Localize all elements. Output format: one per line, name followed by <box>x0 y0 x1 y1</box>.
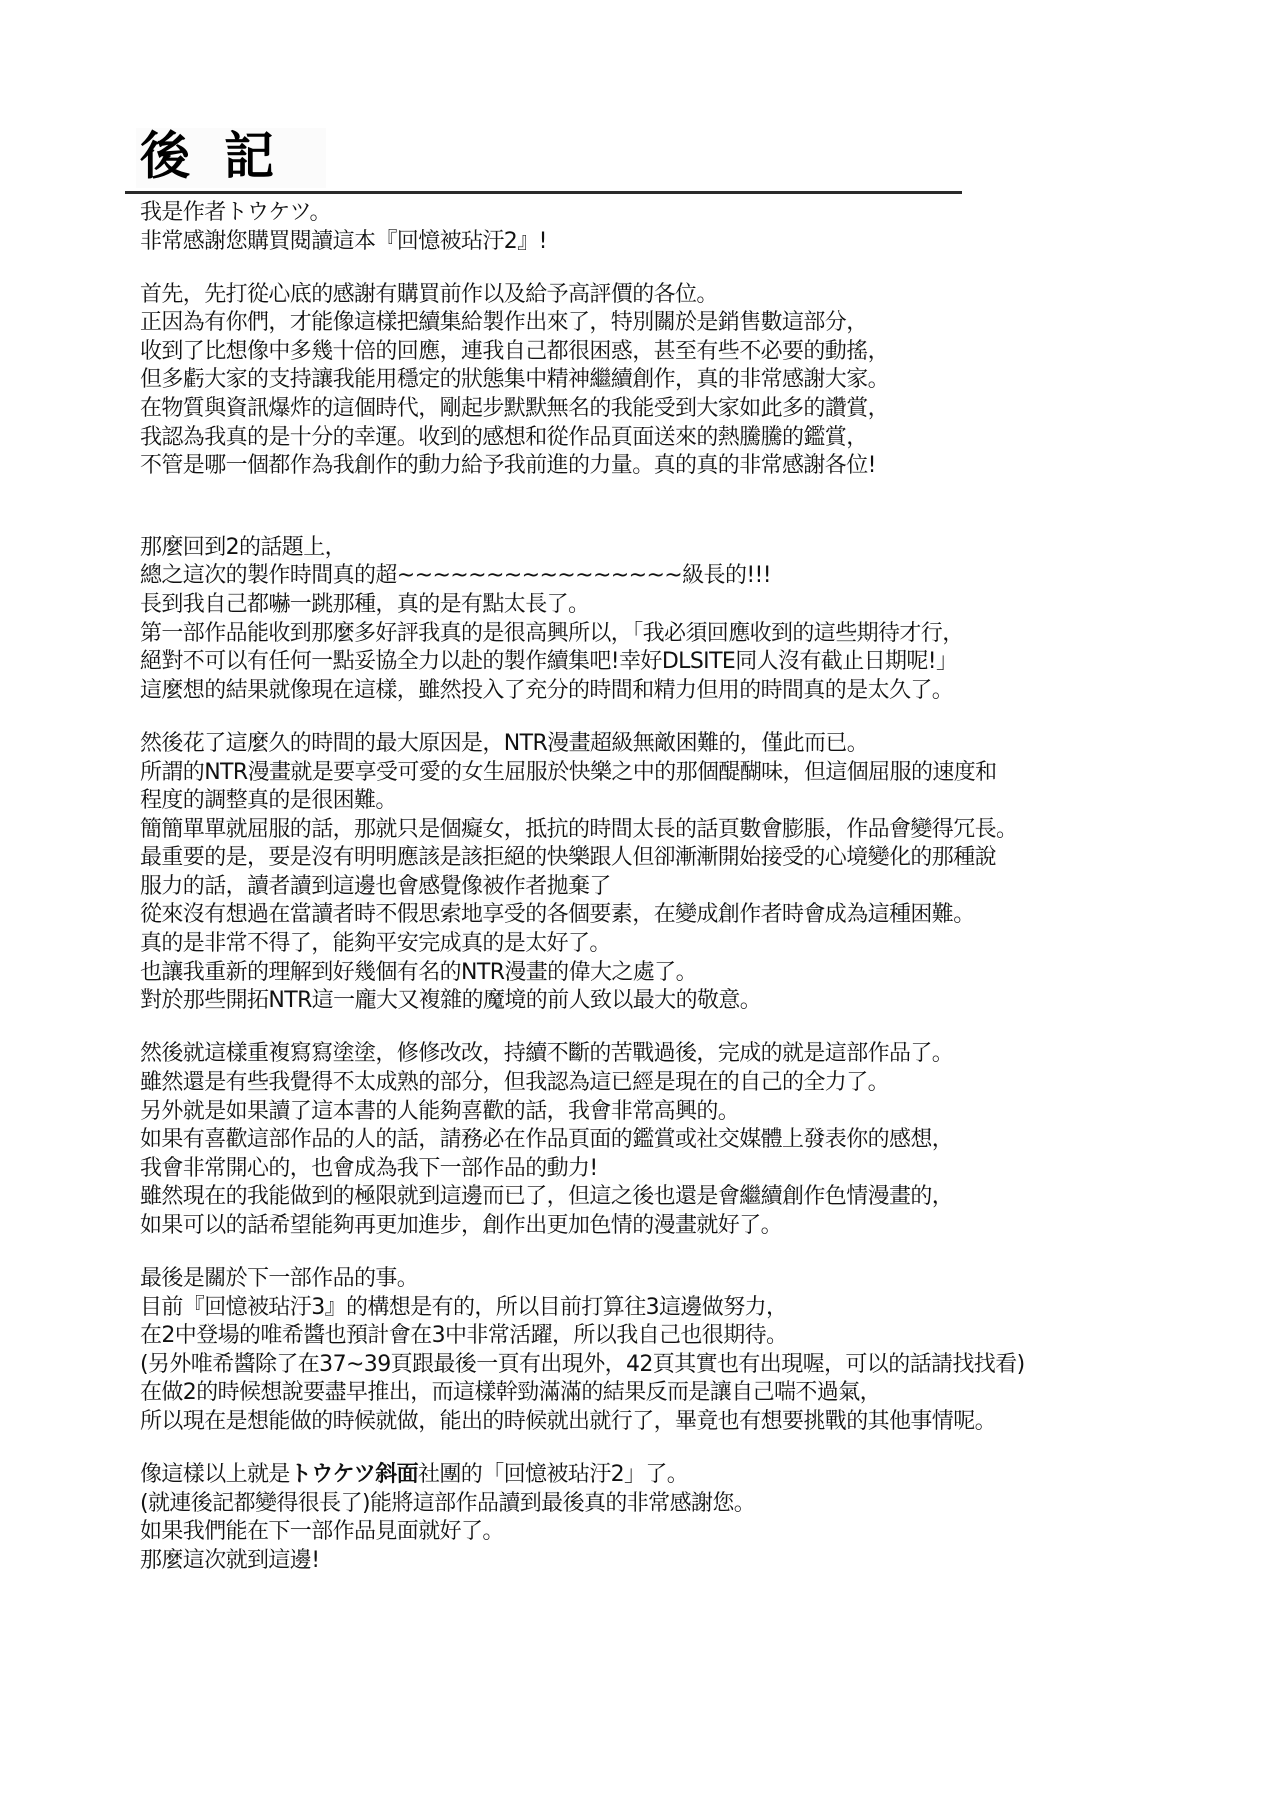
title-divider <box>125 191 962 194</box>
paragraph-next-work: 最後是關於下一部作品的事。 目前『回憶被玷汙3』的構想是有的，所以目前打算往3這… <box>140 1265 1180 1437</box>
text-line: 所謂的NTR漫畫就是要享受可愛的女生屈服於快樂之中的那個醍醐味，但這個屈服的速度… <box>140 759 1180 788</box>
text-line: 然後就這樣重複寫寫塗塗，修修改改，持續不斷的苦戰過後，完成的就是這部作品了。 <box>140 1040 1180 1069</box>
text-line: (另外唯希醬除了在37~39頁跟最後一頁有出現外，42頁其實也有出現喔，可以的話… <box>140 1351 1180 1380</box>
text-fragment: 像這樣以上就是 <box>140 1462 290 1487</box>
circle-name: トウケツ斜面 <box>290 1462 418 1487</box>
afterword-page: 後 記 我是作者トウケツ。 非常感謝您購買閱讀這本『回憶被玷汙2』! 首先，先打… <box>0 0 1280 1806</box>
text-line: 我會非常開心的，也會成為我下一部作品的動力! <box>140 1155 1180 1184</box>
text-line: 如果我們能在下一部作品見面就好了。 <box>140 1518 1180 1547</box>
text-line: 最後是關於下一部作品的事。 <box>140 1265 1180 1294</box>
text-line: 程度的調整真的是很困難。 <box>140 787 1180 816</box>
text-line: 所以現在是想能做的時候就做，能出的時候就出就行了，畢竟也有想要挑戰的其他事情呢。 <box>140 1408 1180 1437</box>
title-char-2: 記 <box>224 127 274 184</box>
text-line: 首先，先打從心底的感謝有購買前作以及給予高評價的各位。 <box>140 281 1180 310</box>
paragraph-closing: 像這樣以上就是トウケツ斜面社團的「回憶被玷汙2」了。 (就連後記都變得很長了)能… <box>140 1461 1180 1575</box>
text-line: 在2中登場的唯希醬也預計會在3中非常活躍，所以我自己也很期待。 <box>140 1322 1180 1351</box>
paragraph-completion: 然後就這樣重複寫寫塗塗，修修改改，持續不斷的苦戰過後，完成的就是這部作品了。 雖… <box>140 1040 1180 1240</box>
text-line: 正因為有你們，才能像這樣把續集給製作出來了，特別關於是銷售數這部分， <box>140 309 1180 338</box>
title-char-1: 後 <box>140 127 190 184</box>
text-line: 簡簡單單就屈服的話，那就只是個癡女，抵抗的時間太長的話頁數會膨脹，作品會變得冗長… <box>140 816 1180 845</box>
text-line: 那麼這次就到這邊! <box>140 1547 1180 1576</box>
text-line: 目前『回憶被玷汙3』的構想是有的，所以目前打算往3這邊做努力， <box>140 1294 1180 1323</box>
text-line: 第一部作品能收到那麼多好評我真的是很高興所以，「我必須回應收到的這些期待才行， <box>140 620 1180 649</box>
text-line: 從來沒有想過在當讀者時不假思索地享受的各個要素，在變成創作者時會成為這種困難。 <box>140 901 1180 930</box>
text-line: 不管是哪一個都作為我創作的動力給予我前進的力量。真的真的非常感謝各位! <box>140 452 1180 481</box>
text-line: 但多虧大家的支持讓我能用穩定的狀態集中精神繼續創作，真的非常感謝大家。 <box>140 366 1180 395</box>
paragraph-production-time: 那麼回到2的話題上， 總之這次的製作時間真的超~~~~~~~~~~~~~~~~級… <box>140 534 1180 706</box>
text-line: 絕對不可以有任何一點妥協全力以赴的製作續集吧!幸好DLSITE同人沒有截止日期呢… <box>140 648 1180 677</box>
text-line: 最重要的是，要是沒有明明應該是該拒絕的快樂跟人但卻漸漸開始接受的心境變化的那種說 <box>140 844 1180 873</box>
text-line: 服力的話，讀者讀到這邊也會感覺像被作者拋棄了 <box>140 873 1180 902</box>
text-line: 真的是非常不得了，能夠平安完成真的是太好了。 <box>140 930 1180 959</box>
text-line: 然後花了這麼久的時間的最大原因是，NTR漫畫超級無敵困難的，僅此而已。 <box>140 730 1180 759</box>
text-line: 那麼回到2的話題上， <box>140 534 1180 563</box>
text-line: 在物質與資訊爆炸的這個時代，剛起步默默無名的我能受到大家如此多的讚賞， <box>140 395 1180 424</box>
text-line: 我認為我真的是十分的幸運。收到的感想和從作品頁面送來的熱騰騰的鑑賞， <box>140 424 1180 453</box>
paragraph-thanks: 首先，先打從心底的感謝有購買前作以及給予高評價的各位。 正因為有你們，才能像這樣… <box>140 281 1180 481</box>
text-line-circle-credit: 像這樣以上就是トウケツ斜面社團的「回憶被玷汙2」了。 <box>140 1461 1180 1490</box>
text-line: 對於那些開拓NTR這一龐大又複雜的魔境的前人致以最大的敬意。 <box>140 987 1180 1016</box>
afterword-body: 我是作者トウケツ。 非常感謝您購買閱讀這本『回憶被玷汙2』! 首先，先打從心底的… <box>140 199 1180 1600</box>
text-line: 這麼想的結果就像現在這樣，雖然投入了充分的時間和精力但用的時間真的是太久了。 <box>140 677 1180 706</box>
text-line: 也讓我重新的理解到好幾個有名的NTR漫畫的偉大之處了。 <box>140 959 1180 988</box>
text-line: 非常感謝您購買閱讀這本『回憶被玷汙2』! <box>140 228 1180 257</box>
text-line: 長到我自己都嚇一跳那種，真的是有點太長了。 <box>140 591 1180 620</box>
text-line: 我是作者トウケツ。 <box>140 199 1180 228</box>
text-line: 在做2的時候想說要盡早推出，而這樣幹勁滿滿的結果反而是讓自己喘不過氣， <box>140 1379 1180 1408</box>
text-line: 總之這次的製作時間真的超~~~~~~~~~~~~~~~~級長的!!! <box>140 562 1180 591</box>
page-title: 後 記 <box>140 128 274 184</box>
text-line: 收到了比想像中多幾十倍的回應，連我自己都很困惑，甚至有些不必要的動搖， <box>140 338 1180 367</box>
text-line: (就連後記都變得很長了)能將這部作品讀到最後真的非常感謝您。 <box>140 1490 1180 1519</box>
text-line: 如果有喜歡這部作品的人的話，請務必在作品頁面的鑑賞或社交媒體上發表你的感想， <box>140 1126 1180 1155</box>
text-line: 雖然現在的我能做到的極限就到這邊而已了，但這之後也還是會繼續創作色情漫畫的， <box>140 1183 1180 1212</box>
paragraph-difficulty: 然後花了這麼久的時間的最大原因是，NTR漫畫超級無敵困難的，僅此而已。 所謂的N… <box>140 730 1180 1016</box>
text-line: 如果可以的話希望能夠再更加進步，創作出更加色情的漫畫就好了。 <box>140 1212 1180 1241</box>
paragraph-greeting: 我是作者トウケツ。 非常感謝您購買閱讀這本『回憶被玷汙2』! <box>140 199 1180 256</box>
text-line: 另外就是如果讀了這本書的人能夠喜歡的話，我會非常高興的。 <box>140 1098 1180 1127</box>
text-line: 雖然還是有些我覺得不太成熟的部分，但我認為這已經是現在的自己的全力了。 <box>140 1069 1180 1098</box>
text-fragment: 社團的「回憶被玷汙2」了。 <box>418 1462 688 1487</box>
